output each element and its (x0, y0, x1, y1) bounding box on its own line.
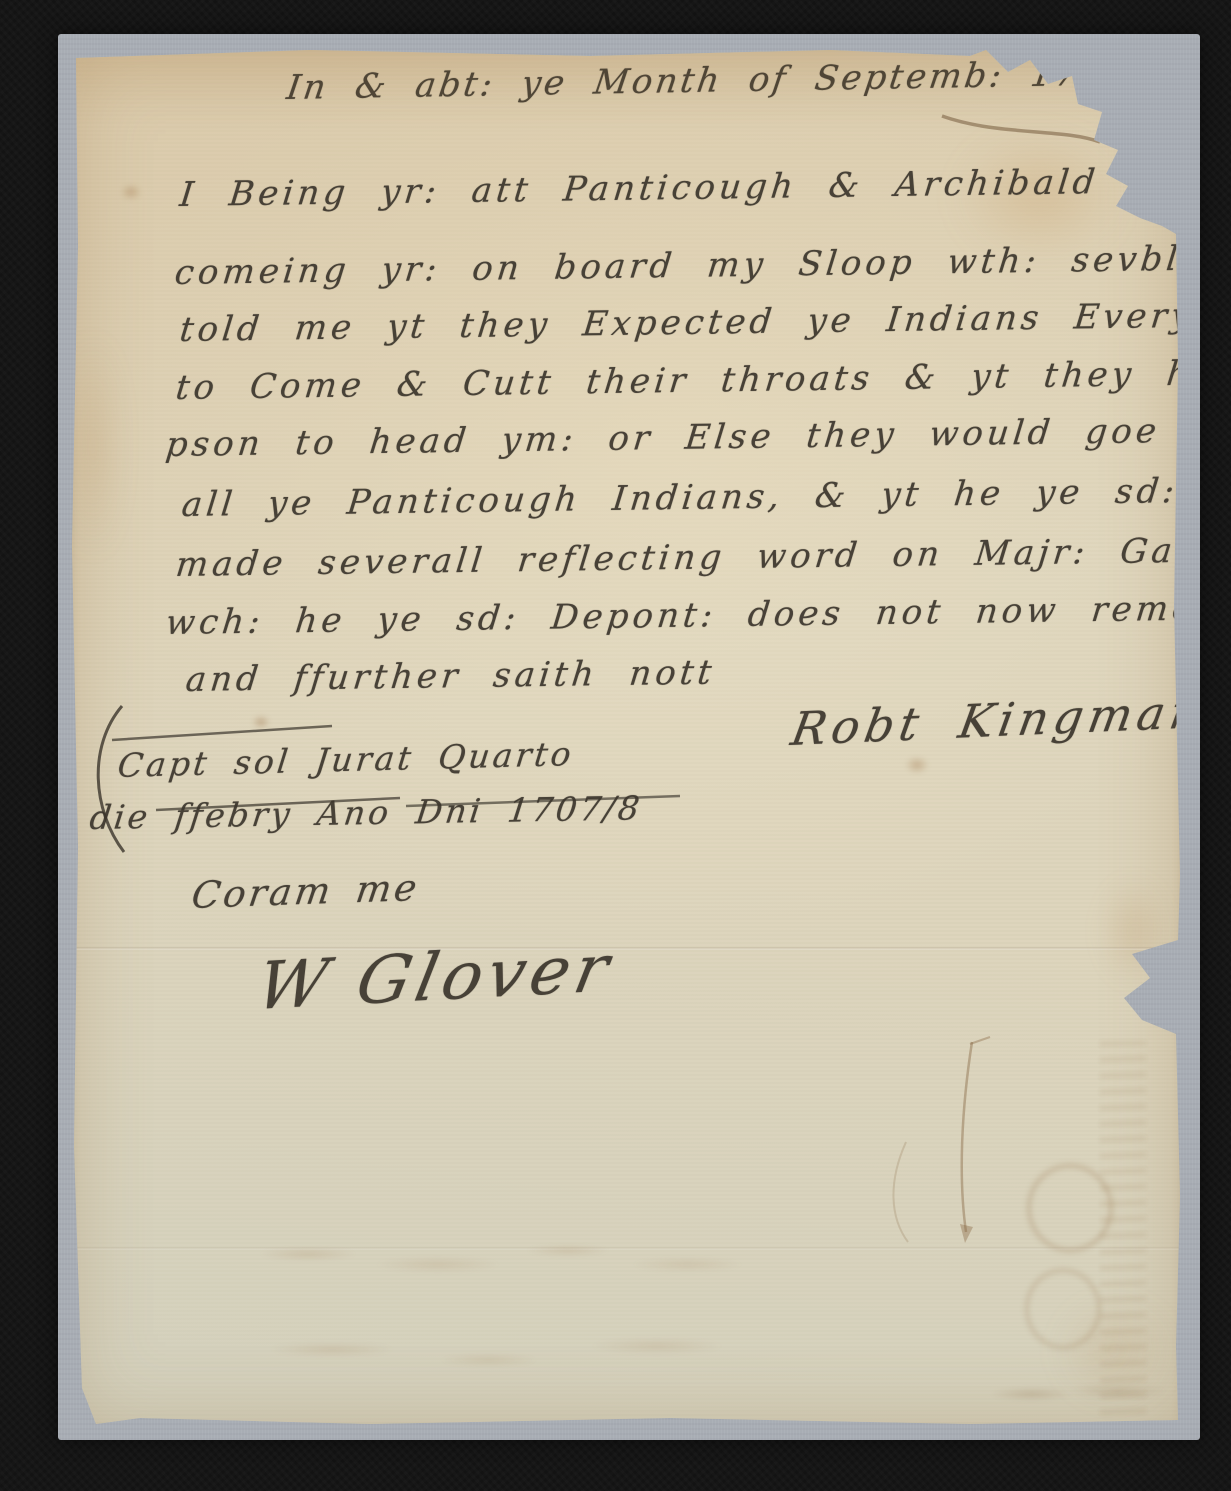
pen-flourish-date (942, 116, 1100, 142)
body-line-5: pson to head ym: or Else they would goe … (164, 408, 1231, 465)
deponent-signature: Robt Kingman (787, 684, 1209, 756)
witness-signature: W Glover (250, 930, 620, 1025)
paper-crease (70, 947, 1182, 950)
paper-stain (116, 180, 146, 204)
paper-stain (1030, 1276, 1200, 1426)
paper-stain (248, 712, 274, 732)
ink-bleedthrough (230, 1226, 750, 1296)
bleedthrough-arrow-head (960, 1224, 973, 1243)
body-line-9: and ffurther saith nott (184, 653, 718, 700)
body-line-2: comeing yr: on board my Sloop wth: sevbl… (173, 236, 1231, 293)
strike-mark (112, 726, 332, 740)
photo-backdrop: In & abt: ye Month of Septemb: 1707 I Be… (0, 0, 1231, 1491)
body-line-8: wch: he ye sd: Depont: does not now reme… (164, 588, 1231, 643)
manuscript-page: In & abt: ye Month of Septemb: 1707 I Be… (70, 46, 1182, 1430)
body-line-4: to Come & Cutt their throats & yt they h… (174, 352, 1231, 408)
body-line-6: all ye Panticough Indians, & yt he ye sd… (180, 469, 1231, 525)
ink-bleedthrough (220, 1318, 780, 1388)
ink-bleedthrough (1000, 1136, 1140, 1376)
jurat-line-2: die ffebry Ano Dni 1707/8 (88, 788, 645, 837)
ink-bleedthrough (975, 1364, 1165, 1424)
bleedthrough-arrow-mark (962, 1042, 972, 1232)
paper-stain (900, 752, 934, 778)
bleedthrough-curve (893, 1142, 908, 1242)
body-line-7: made severall reflecting word on Majr: G… (174, 531, 1217, 585)
jurat-line-1: Capt sol Jurat Quarto (116, 734, 576, 785)
bleedthrough-arrow-mark (970, 1037, 990, 1044)
paper-crease (70, 1247, 1182, 1250)
body-line-3: told me yt they Expected ye Indians Ever… (178, 294, 1231, 350)
attestation-line: Coram me (189, 866, 423, 917)
ink-bleedthrough (1100, 1041, 1146, 1426)
body-line-1: I Being yr: att Panticough & Archibald H… (178, 160, 1231, 215)
